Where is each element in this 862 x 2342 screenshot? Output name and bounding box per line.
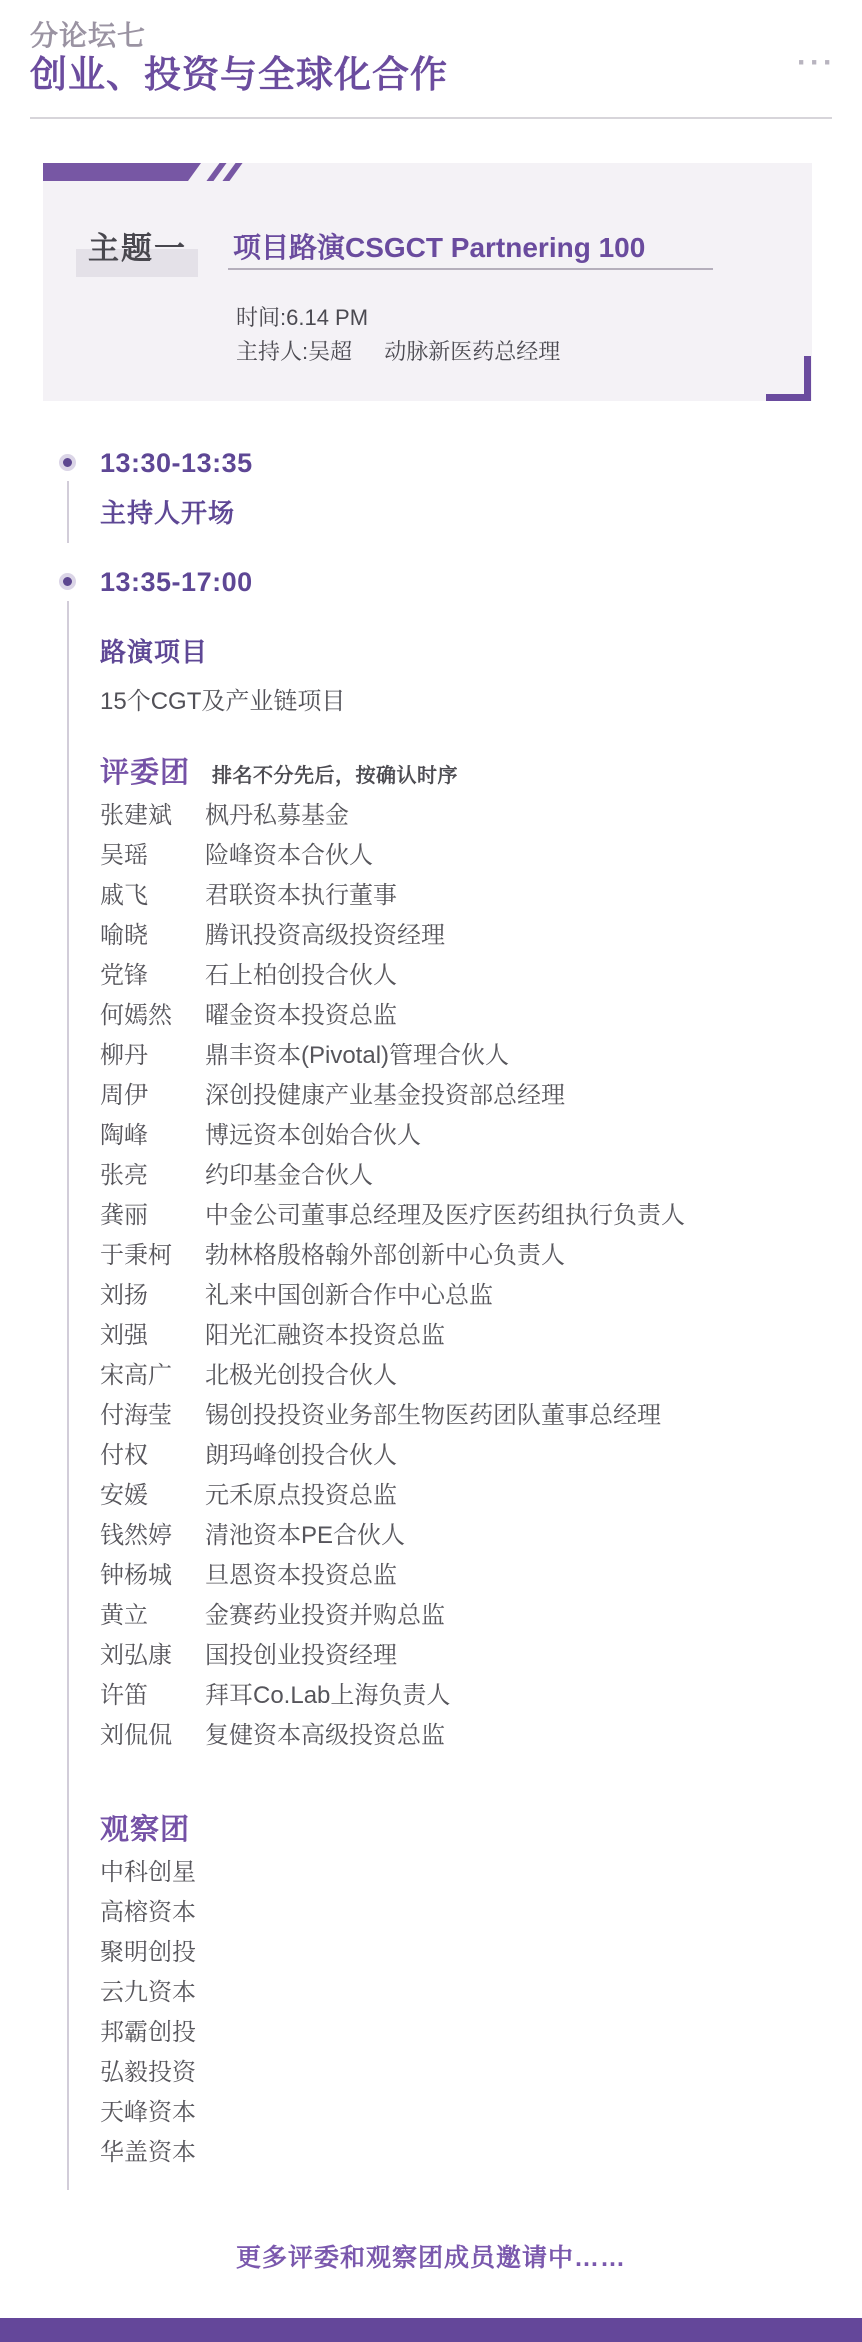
theme-badge-label: 主题一 <box>88 231 187 266</box>
observer-row: 中科创星 <box>100 1849 196 1889</box>
jury-note: 排名不分先后，按确认时序 <box>212 759 458 791</box>
roadshow-detail: 15个CGT及产业链项目 <box>100 681 345 716</box>
jury-member-row: 吴瑶 险峰资本合伙人 <box>100 832 685 872</box>
jury-member-name: 安媛 <box>100 1475 205 1510</box>
jury-member-title: 鼎丰资本(Pivotal)管理合伙人 <box>205 1035 509 1070</box>
jury-member-row: 柳丹 鼎丰资本(Pivotal)管理合伙人 <box>100 1032 685 1072</box>
jury-member-row: 何嫣然 曜金资本投资总监 <box>100 992 685 1032</box>
jury-member-name: 喻晓 <box>100 915 205 950</box>
corner-bracket-icon <box>766 356 811 401</box>
jury-member-title: 旦恩资本投资总监 <box>205 1555 397 1590</box>
jury-member-name: 戚飞 <box>100 875 205 910</box>
jury-member-title: 石上柏创投合伙人 <box>205 955 397 990</box>
jury-member-name: 党锋 <box>100 955 205 990</box>
jury-member-name: 周伊 <box>100 1075 205 1110</box>
jury-member-title: 拜耳Co.Lab上海负责人 <box>205 1675 450 1710</box>
forum-agenda-page: 分论坛七 创业、投资与全球化合作 ··· 主题一 项目路演CSGCT Partn… <box>0 0 862 2342</box>
jury-member-row: 黄立 金赛药业投资并购总监 <box>100 1592 685 1632</box>
jury-member-name: 黄立 <box>100 1595 205 1630</box>
theme-title: 项目路演CSGCT Partnering 100 <box>233 226 645 266</box>
jury-member-title: 朗玛峰创投合伙人 <box>205 1435 397 1470</box>
jury-member-row: 张亮 约印基金合伙人 <box>100 1152 685 1192</box>
agenda-item-1: 主持人开场 <box>100 493 235 530</box>
jury-member-title: 中金公司董事总经理及医疗医药组执行负责人 <box>205 1195 685 1230</box>
jury-member-row: 刘扬 礼来中国创新合作中心总监 <box>100 1272 685 1312</box>
card-accent-bar <box>43 163 201 181</box>
observer-name: 弘毅投资 <box>100 2052 196 2087</box>
timeline-line <box>67 601 69 2190</box>
jury-member-row: 戚飞 君联资本执行董事 <box>100 872 685 912</box>
jury-member-row: 钱然婷 清池资本PE合伙人 <box>100 1512 685 1552</box>
jury-member-title: 阳光汇融资本投资总监 <box>205 1315 445 1350</box>
jury-member-row: 付海莹 锡创投投资业务部生物医药团队董事总经理 <box>100 1392 685 1432</box>
jury-member-name: 钟杨城 <box>100 1555 205 1590</box>
jury-member-row: 宋高广 北极光创投合伙人 <box>100 1352 685 1392</box>
theme-title-underline <box>228 268 713 270</box>
jury-member-title: 元禾原点投资总监 <box>205 1475 397 1510</box>
jury-member-row: 党锋 石上柏创投合伙人 <box>100 952 685 992</box>
timeline-bullet-icon <box>59 454 76 471</box>
observer-name: 中科创星 <box>100 1852 196 1887</box>
observer-row: 弘毅投资 <box>100 2049 196 2089</box>
jury-member-name: 龚丽 <box>100 1195 205 1230</box>
roadshow-heading: 路演项目 <box>100 632 208 669</box>
jury-list: 张建斌 枫丹私募基金 吴瑶 险峰资本合伙人 戚飞 君联资本执行董事 喻晓 腾讯投… <box>100 792 685 1752</box>
jury-member-name: 何嫣然 <box>100 995 205 1030</box>
jury-member-name: 于秉柯 <box>100 1235 205 1270</box>
observer-row: 云九资本 <box>100 1969 196 2009</box>
jury-member-name: 张亮 <box>100 1155 205 1190</box>
jury-member-title: 北极光创投合伙人 <box>205 1355 397 1390</box>
timeline-bullet-icon <box>59 573 76 590</box>
jury-member-title: 险峰资本合伙人 <box>205 835 373 870</box>
accent-slash-icon <box>222 163 242 181</box>
jury-member-name: 柳丹 <box>100 1035 205 1070</box>
observer-list: 中科创星 高榕资本 聚明创投 云九资本 邦霸创投 弘毅投资 天峰资本 <box>100 1849 196 2169</box>
page-title: 创业、投资与全球化合作 <box>30 44 448 98</box>
theme-host-name: 主持人:吴超 <box>236 339 352 364</box>
jury-member-name: 宋高广 <box>100 1355 205 1390</box>
observer-row: 聚明创投 <box>100 1929 196 1969</box>
observer-name: 邦霸创投 <box>100 2012 196 2047</box>
theme-host-title: 动脉新医药总经理 <box>384 339 560 364</box>
jury-member-name: 刘侃侃 <box>100 1715 205 1750</box>
jury-member-title: 博远资本创始合伙人 <box>205 1115 421 1150</box>
jury-member-title: 君联资本执行董事 <box>205 875 397 910</box>
theme-card: 主题一 项目路演CSGCT Partnering 100 时间:6.14 PM … <box>43 163 812 401</box>
jury-member-name: 刘扬 <box>100 1275 205 1310</box>
agenda-time-1: 13:30-13:35 <box>100 448 253 479</box>
observer-heading: 观察团 <box>100 1814 190 1846</box>
jury-member-row: 龚丽 中金公司董事总经理及医疗医药组执行负责人 <box>100 1192 685 1232</box>
observer-row: 邦霸创投 <box>100 2009 196 2049</box>
observer-row: 高榕资本 <box>100 1889 196 1929</box>
jury-member-name: 吴瑶 <box>100 835 205 870</box>
jury-member-name: 陶峰 <box>100 1115 205 1150</box>
jury-member-title: 复健资本高级投资总监 <box>205 1715 445 1750</box>
jury-member-row: 喻晓 腾讯投资高级投资经理 <box>100 912 685 952</box>
jury-member-row: 陶峰 博远资本创始合伙人 <box>100 1112 685 1152</box>
observer-row: 华盖资本 <box>100 2129 196 2169</box>
jury-member-name: 刘强 <box>100 1315 205 1350</box>
jury-member-title: 约印基金合伙人 <box>205 1155 373 1190</box>
jury-member-row: 刘强 阳光汇融资本投资总监 <box>100 1312 685 1352</box>
header-divider <box>30 117 832 119</box>
jury-member-row: 许笛 拜耳Co.Lab上海负责人 <box>100 1672 685 1712</box>
jury-member-title: 勃林格殷格翰外部创新中心负责人 <box>205 1235 565 1270</box>
jury-heading-row: 评委团 排名不分先后，按确认时序 <box>100 750 458 791</box>
jury-member-row: 张建斌 枫丹私募基金 <box>100 792 685 832</box>
jury-member-title: 金赛药业投资并购总监 <box>205 1595 445 1630</box>
jury-member-title: 曜金资本投资总监 <box>205 995 397 1030</box>
observer-name: 华盖资本 <box>100 2132 196 2167</box>
jury-member-row: 钟杨城 旦恩资本投资总监 <box>100 1552 685 1592</box>
jury-member-title: 礼来中国创新合作中心总监 <box>205 1275 493 1310</box>
observer-name: 天峰资本 <box>100 2092 196 2127</box>
observer-name: 云九资本 <box>100 1972 196 2007</box>
observer-name: 聚明创投 <box>100 1932 196 1967</box>
jury-member-name: 刘弘康 <box>100 1635 205 1670</box>
agenda-time-2: 13:35-17:00 <box>100 567 253 598</box>
observer-heading-wrap: 观察团 <box>100 1807 190 1848</box>
theme-time: 时间:6.14 PM <box>236 301 368 332</box>
observer-name: 高榕资本 <box>100 1892 196 1927</box>
jury-heading: 评委团 <box>100 750 190 791</box>
theme-badge: 主题一 <box>88 223 187 268</box>
jury-member-row: 刘侃侃 复健资本高级投资总监 <box>100 1712 685 1752</box>
jury-member-row: 于秉柯 勃林格殷格翰外部创新中心负责人 <box>100 1232 685 1272</box>
jury-member-row: 刘弘康 国投创业投资经理 <box>100 1632 685 1672</box>
jury-member-row: 付权 朗玛峰创投合伙人 <box>100 1432 685 1472</box>
jury-member-name: 付海莹 <box>100 1395 205 1430</box>
jury-member-name: 付权 <box>100 1435 205 1470</box>
bottom-accent-bar <box>0 2318 862 2342</box>
jury-member-title: 国投创业投资经理 <box>205 1635 397 1670</box>
jury-member-name: 张建斌 <box>100 795 205 830</box>
ellipsis-menu-icon[interactable]: ··· <box>797 46 836 80</box>
jury-member-title: 枫丹私募基金 <box>205 795 349 830</box>
jury-member-title: 清池资本PE合伙人 <box>205 1515 405 1550</box>
jury-member-title: 深创投健康产业基金投资部总经理 <box>205 1075 565 1110</box>
observer-row: 天峰资本 <box>100 2089 196 2129</box>
jury-member-title: 腾讯投资高级投资经理 <box>205 915 445 950</box>
jury-member-name: 许笛 <box>100 1675 205 1710</box>
jury-member-row: 周伊 深创投健康产业基金投资部总经理 <box>100 1072 685 1112</box>
theme-host: 主持人:吴超 动脉新医药总经理 <box>236 335 560 366</box>
footer-note: 更多评委和观察团成员邀请中…… <box>0 2238 862 2274</box>
timeline-connector <box>67 481 69 543</box>
jury-member-title: 锡创投投资业务部生物医药团队董事总经理 <box>205 1395 661 1430</box>
jury-member-row: 安媛 元禾原点投资总监 <box>100 1472 685 1512</box>
jury-member-name: 钱然婷 <box>100 1515 205 1550</box>
